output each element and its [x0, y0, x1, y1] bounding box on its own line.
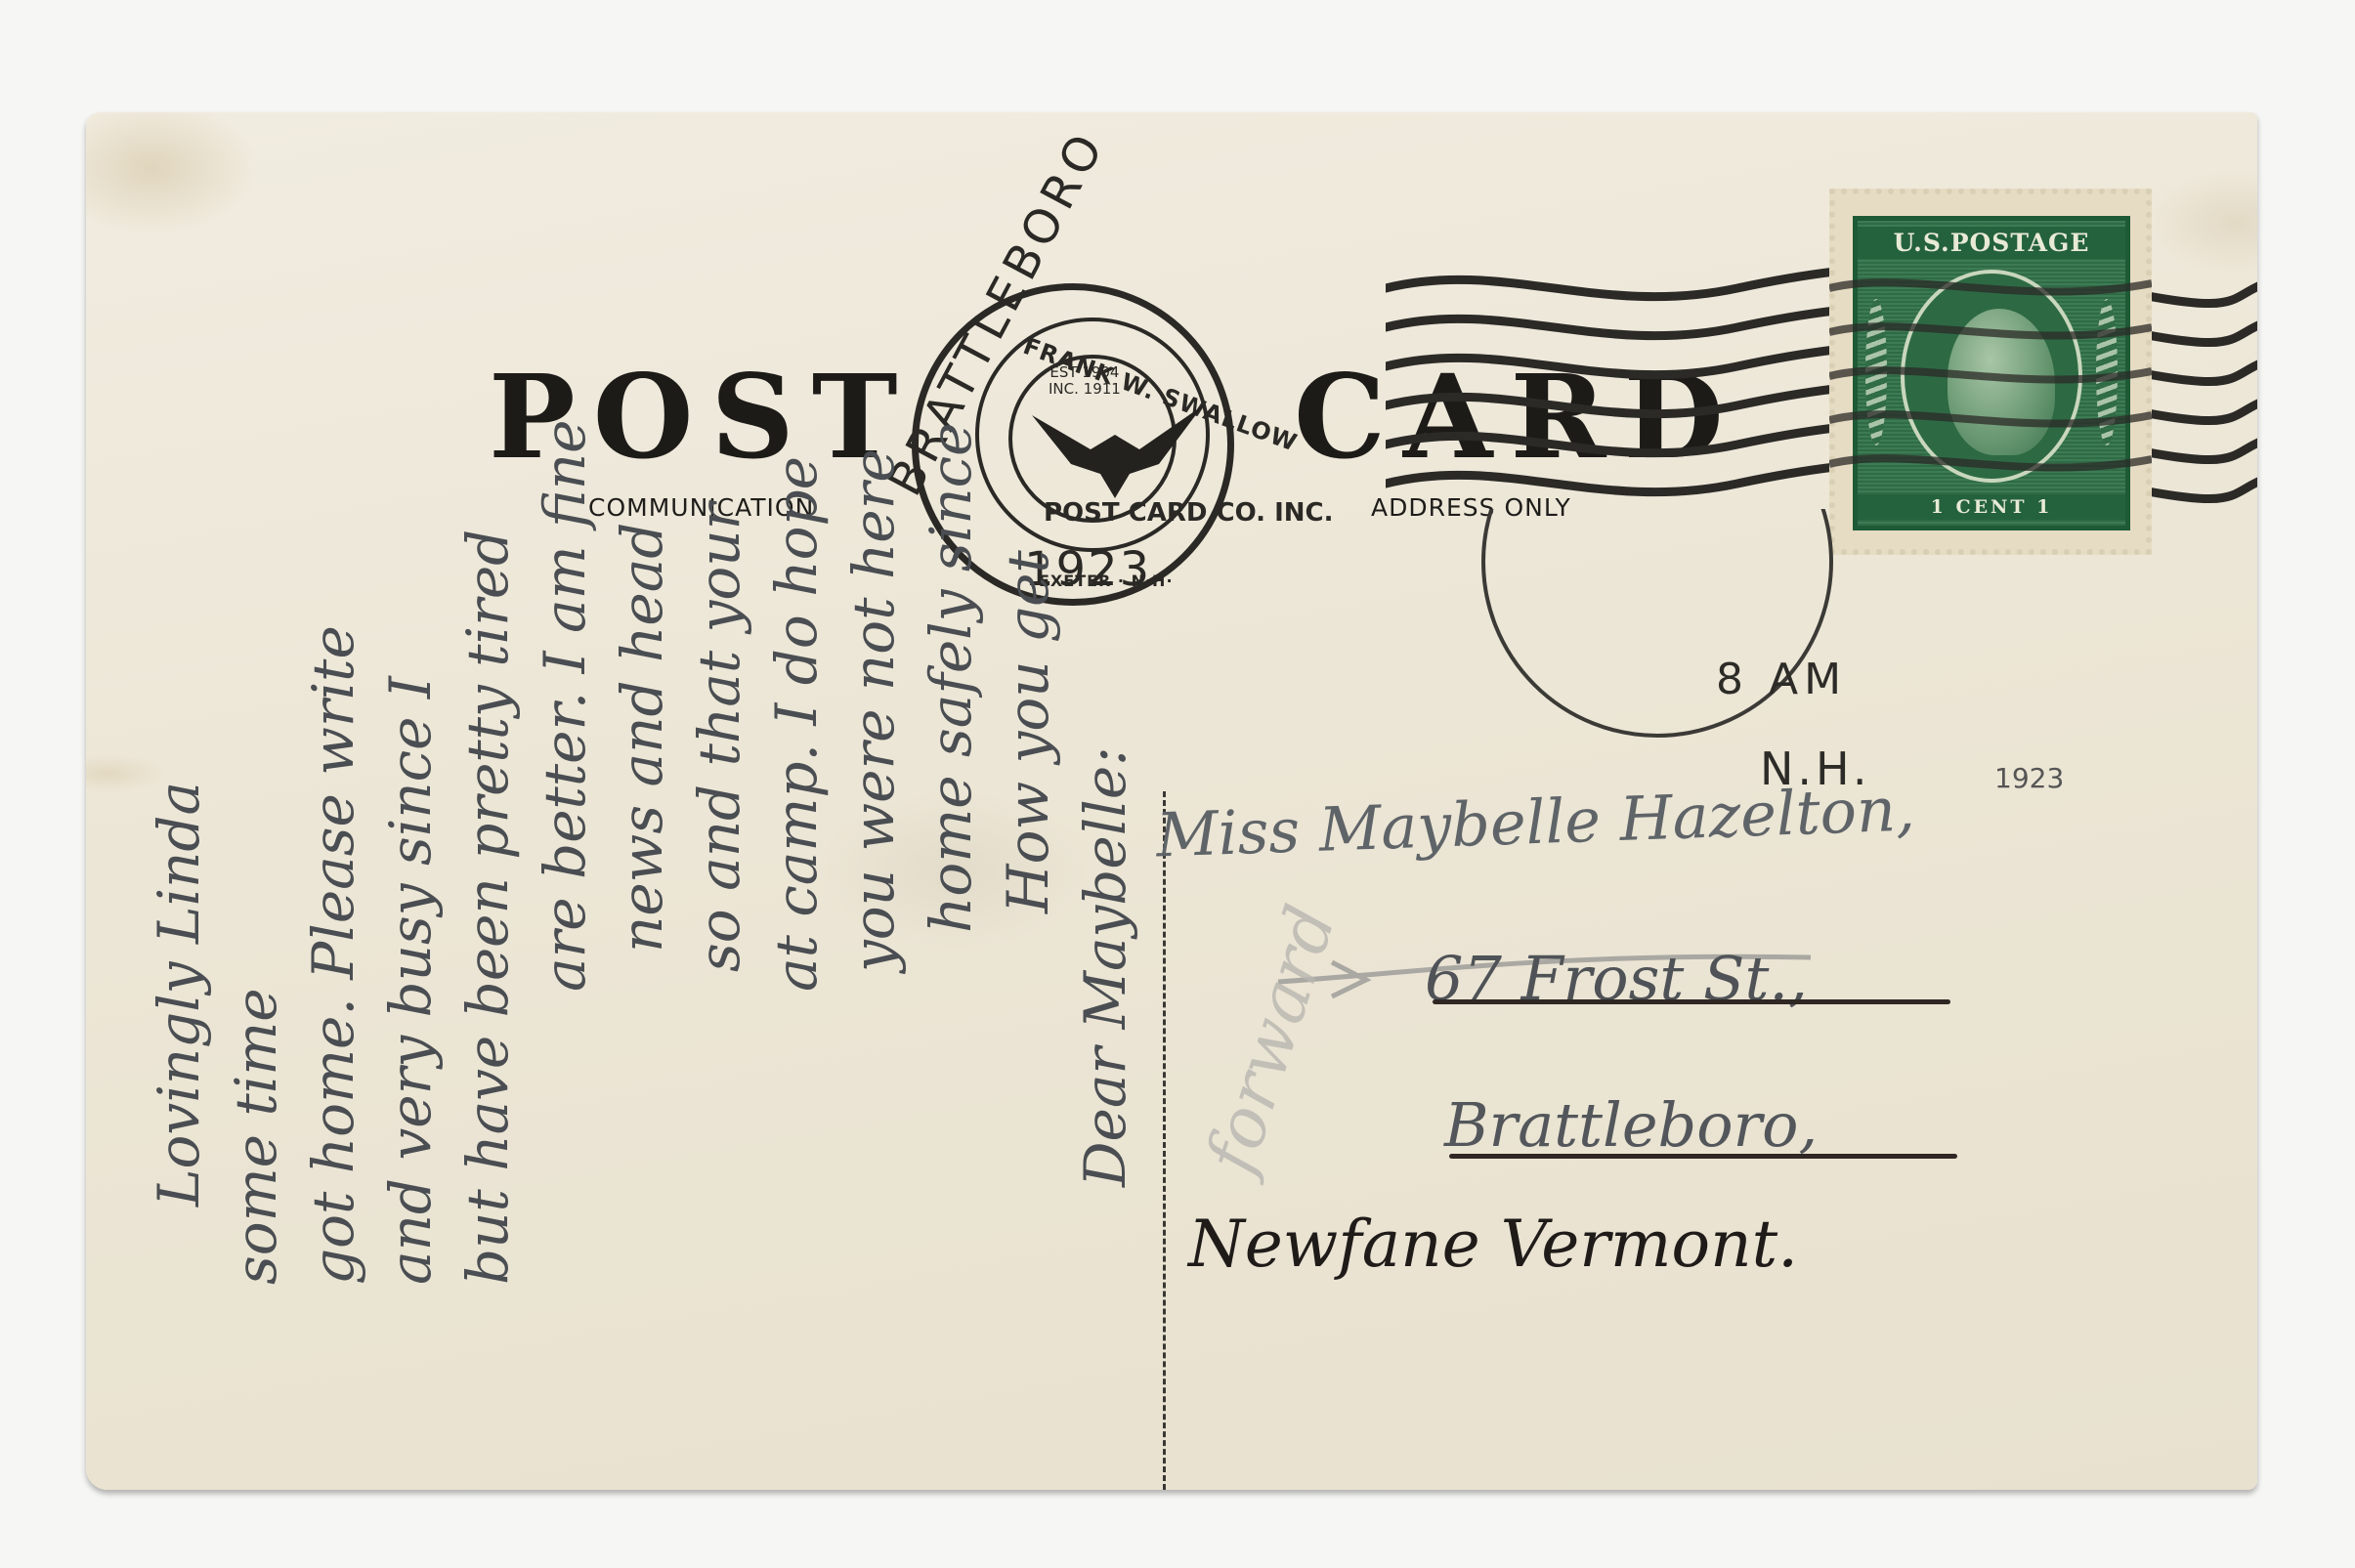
postmark-time: 8 AM: [1716, 655, 1847, 704]
message-line: some time: [223, 988, 289, 1285]
message-line: at camp. I do hope: [763, 456, 830, 992]
address-forwarding: Newfane Vermont.: [1188, 1207, 1798, 1282]
postcard: POST CARD COMMUNICATION ADDRESS ONLY BRA…: [86, 112, 2257, 1490]
message-line: are better. I am fine: [532, 420, 598, 992]
message-line: but have been pretty tired: [454, 530, 521, 1285]
strikethrough-city: [1449, 1154, 1957, 1159]
message-line: Lovingly Linda: [146, 782, 212, 1207]
message-line: so and that your: [686, 503, 752, 972]
message-line: got home. Please write: [300, 625, 366, 1285]
stamp-cancel-lines: [1829, 269, 2152, 503]
message-line: news and head: [609, 523, 675, 953]
message-line: home safely since: [918, 423, 984, 933]
address-city-struck: Brattleboro,: [1444, 1089, 1818, 1161]
postmark-year-fragment: 1923: [1994, 762, 2064, 794]
pencil-forward-note: forward: [1190, 896, 1351, 1182]
handwritten-message: Dear Maybelle:How you gethome safely sin…: [172, 151, 1169, 1324]
stamp-top-text: U.S.POSTAGE: [1858, 227, 2125, 259]
message-line: Dear Maybelle:: [1072, 746, 1138, 1187]
address-recipient: Miss Maybelle Hazelton,: [1155, 773, 1916, 870]
message-line: you were not here: [840, 448, 907, 972]
message-line: How you get: [995, 550, 1061, 913]
message-line: and very busy since I: [377, 676, 444, 1285]
strikethrough-street: [1433, 999, 1950, 1004]
